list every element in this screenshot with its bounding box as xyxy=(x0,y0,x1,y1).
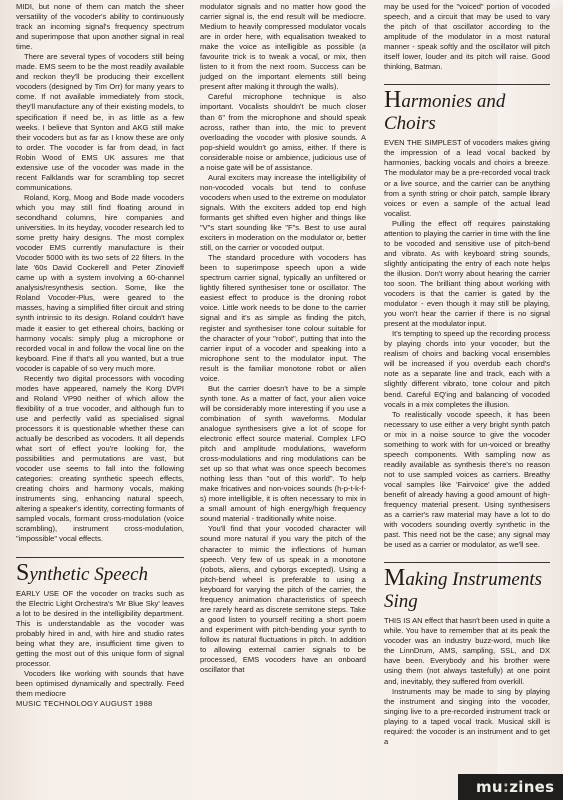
section-divider xyxy=(16,557,184,558)
column-1: MIDI, but none of them can match the she… xyxy=(16,2,184,709)
paragraph: may be used for the "voiced" portion of … xyxy=(384,2,550,72)
section-heading-synthetic-speech: Synthetic Speech xyxy=(16,562,184,586)
paragraph: But the carrier doesn't have to be a sim… xyxy=(200,384,366,525)
paragraph: Instruments may be made to sing by playi… xyxy=(384,687,550,747)
page-footer: MUSIC TECHNOLOGY AUGUST 1988 xyxy=(16,699,184,709)
paragraph: The standard procedure with vocoders has… xyxy=(200,253,366,384)
paragraph: Roland, Korg, Moog and Bode made vocoder… xyxy=(16,193,184,374)
paragraph: Vocoders like working with sounds that h… xyxy=(16,669,184,699)
drop-cap: M xyxy=(384,565,405,591)
paragraph: Careful microphone technique is also imp… xyxy=(200,92,366,172)
heading-text: armonies and Choirs xyxy=(384,91,505,134)
section-heading-making-instruments-sing: Making Instruments Sing xyxy=(384,567,550,613)
paragraph: Recently two digital processors with voc… xyxy=(16,374,184,545)
heading-text: ynthetic Speech xyxy=(29,564,148,585)
paragraph: THIS IS AN effect that hasn't been used … xyxy=(384,616,550,686)
column-2: modulator signals and no matter how good… xyxy=(200,2,366,675)
section-divider xyxy=(384,84,550,85)
column-3: may be used for the "voiced" portion of … xyxy=(384,2,550,747)
drop-cap: H xyxy=(384,87,401,113)
paragraph: It's tempting to speed up the recording … xyxy=(384,329,550,409)
logo-text-mu: mu xyxy=(476,778,503,796)
paragraph: To realistically vocode speech, it has b… xyxy=(384,410,550,551)
section-heading-harmonies-and-choirs: Harmonies and Choirs xyxy=(384,89,550,135)
section-divider xyxy=(384,562,550,563)
muzines-logo-badge[interactable]: mu:zines xyxy=(458,774,563,800)
paragraph: Aural exciters may increase the intellig… xyxy=(200,173,366,253)
paragraph: EVEN THE SIMPLEST of vocoders makes givi… xyxy=(384,138,550,218)
heading-text: aking Instruments Sing xyxy=(384,569,542,612)
drop-cap: S xyxy=(16,560,29,586)
paragraph: Pulling the effect off requires painstak… xyxy=(384,219,550,330)
paragraph: modulator signals and no matter how good… xyxy=(200,2,366,92)
paragraph: You'll find that your vocoded character … xyxy=(200,524,366,675)
paragraph: MIDI, but none of them can match the she… xyxy=(16,2,184,52)
logo-text-zines: zines xyxy=(509,778,554,796)
paragraph: There are several types of vocoders stil… xyxy=(16,52,184,193)
paragraph: EARLY USE OF the vocoder on tracks such … xyxy=(16,589,184,669)
